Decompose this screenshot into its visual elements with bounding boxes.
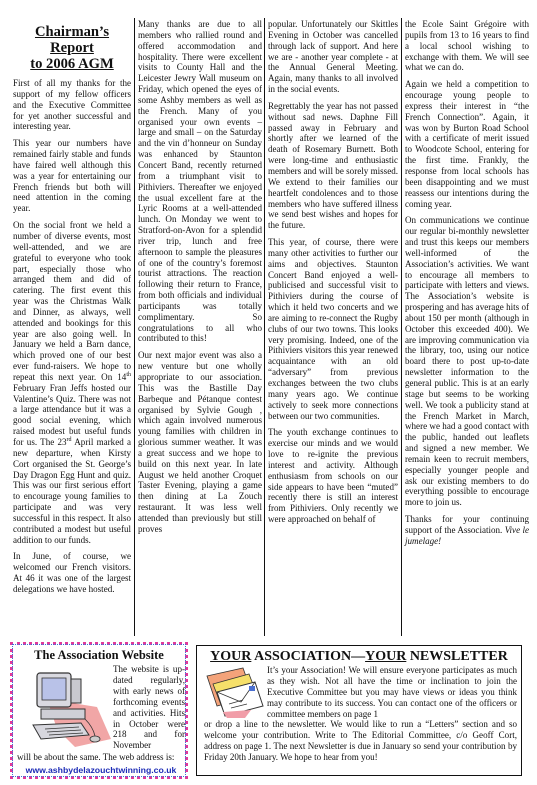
paragraph: Regrettably the year has not passed with… xyxy=(268,101,398,231)
website-box-text: The website is up-dated regularly, with … xyxy=(113,664,185,751)
article-title: Chairman’s Report to 2006 AGM xyxy=(13,24,131,72)
website-box-text-continued: will be about the same. The web address … xyxy=(17,752,185,763)
title-your-2: YOUR xyxy=(365,649,406,664)
computer-icon xyxy=(27,669,111,749)
paragraph: Our next major event was also a new vent… xyxy=(138,350,262,534)
paragraph: In June, of course, we welcomed our Fren… xyxy=(13,551,131,594)
paragraph: The youth exchange continues to exercise… xyxy=(268,427,398,525)
paragraph: This year, of course, there were many ot… xyxy=(268,237,398,421)
title-line-2: to 2006 AGM xyxy=(30,56,114,72)
paragraph: First of all my thanks for the support o… xyxy=(13,78,131,132)
newsletter-box-text-continued: or drop a line to the newsletter. We wou… xyxy=(204,719,517,763)
envelopes-icon xyxy=(203,666,265,718)
article-column-3: popular. Unfortunately our Skittles Even… xyxy=(268,19,398,531)
newsletter-box-title: YOUR ASSOCIATION—YOUR NEWSLETTER xyxy=(197,649,521,664)
website-box: The Association Website The website is u… xyxy=(10,642,188,779)
column-divider xyxy=(134,18,135,636)
article-column-1: Chairman’s Report to 2006 AGM First of a… xyxy=(13,24,131,601)
column-divider xyxy=(264,18,265,636)
newsletter-box: YOUR ASSOCIATION—YOUR NEWSLETTER It’s yo… xyxy=(196,645,522,776)
paragraph: This year our numbers have remained fair… xyxy=(13,138,131,214)
paragraph: Many thanks are due to all members who r… xyxy=(138,19,262,344)
article-column-4: the Ecole Saint Grégoire with pupils fro… xyxy=(405,19,529,553)
title-your-1: YOUR xyxy=(210,649,251,664)
title-line-1: Chairman’s Report xyxy=(35,24,109,56)
superscript: th xyxy=(126,372,131,378)
article-column-2: Many thanks are due to all members who r… xyxy=(138,19,262,541)
newsletter-box-text: It’s your Association! We will ensure ev… xyxy=(267,665,517,720)
paragraph: Again we held a competition to encourage… xyxy=(405,79,529,209)
title-association: ASSOCIATION— xyxy=(251,649,365,664)
text-run: April marked a new departure, when Kirst… xyxy=(13,437,131,545)
website-url-link[interactable]: www.ashbydelazouchtwinning.co.uk xyxy=(16,765,186,775)
website-box-title: The Association Website xyxy=(13,648,185,662)
paragraph: Thanks for your continuing support of th… xyxy=(405,514,529,547)
paragraph: popular. Unfortunately our Skittles Even… xyxy=(268,19,398,95)
title-newsletter: NEWSLETTER xyxy=(406,649,508,664)
paragraph: On the social front we held a number of … xyxy=(13,220,131,545)
paragraph: On communications we continue our regula… xyxy=(405,215,529,508)
column-divider xyxy=(401,18,402,636)
paragraph: the Ecole Saint Grégoire with pupils fro… xyxy=(405,19,529,73)
text-run: On the social front we held a number of … xyxy=(13,220,131,382)
